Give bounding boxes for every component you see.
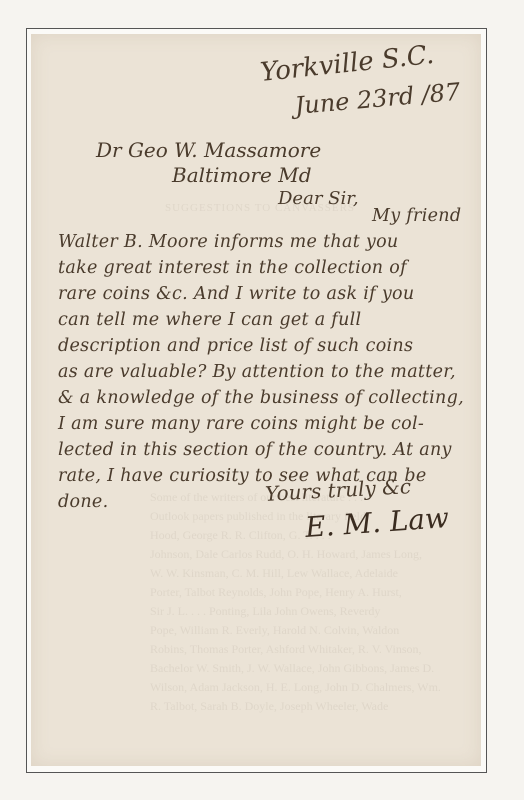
body-line: description and price list of such coins [58, 336, 413, 356]
body-line: take great interest in the collection of [58, 258, 407, 278]
show-through-line: Wilson, Adam Jackson, H. E. Long, John D… [150, 678, 450, 697]
body-line: rare coins &c. And I write to ask if you [58, 284, 414, 304]
body-line: can tell me where I can get a full [58, 310, 361, 330]
body-line: Walter B. Moore informs me that you [58, 232, 399, 252]
addressee-city: Baltimore Md [172, 163, 312, 187]
show-through-line: Johnson, Dale Carlos Rudd, O. H. Howard,… [150, 545, 450, 564]
show-through-line: R. Talbot, Sarah B. Doyle, Joseph Wheele… [150, 697, 450, 716]
show-through-line: Pope, William R. Everly, Harold N. Colvi… [150, 621, 450, 640]
body-line: done. [58, 492, 108, 512]
show-through-line: Robins, Thomas Porter, Ashford Whitaker,… [150, 640, 450, 659]
addressee-name: Dr Geo W. Massamore [96, 138, 321, 162]
show-through-line: W. W. Kinsman, C. M. Hill, Lew Wallace, … [150, 564, 450, 583]
body-line: I am sure many rare coins might be col- [58, 414, 424, 434]
body-line: & a knowledge of the business of collect… [58, 388, 464, 408]
show-through-line: Bachelor W. Smith, J. W. Wallace, John G… [150, 659, 450, 678]
body-line: My friend [372, 206, 461, 226]
show-through-line: Porter, Talbot Reynolds, John Pope, Henr… [150, 583, 450, 602]
body-line: as are valuable? By attention to the mat… [58, 362, 456, 382]
body-line: lected in this section of the country. A… [58, 440, 452, 460]
show-through-line: Sir J. L. . . . Ponting, Lila John Owens… [150, 602, 450, 621]
salutation: Dear Sir, [278, 188, 359, 209]
